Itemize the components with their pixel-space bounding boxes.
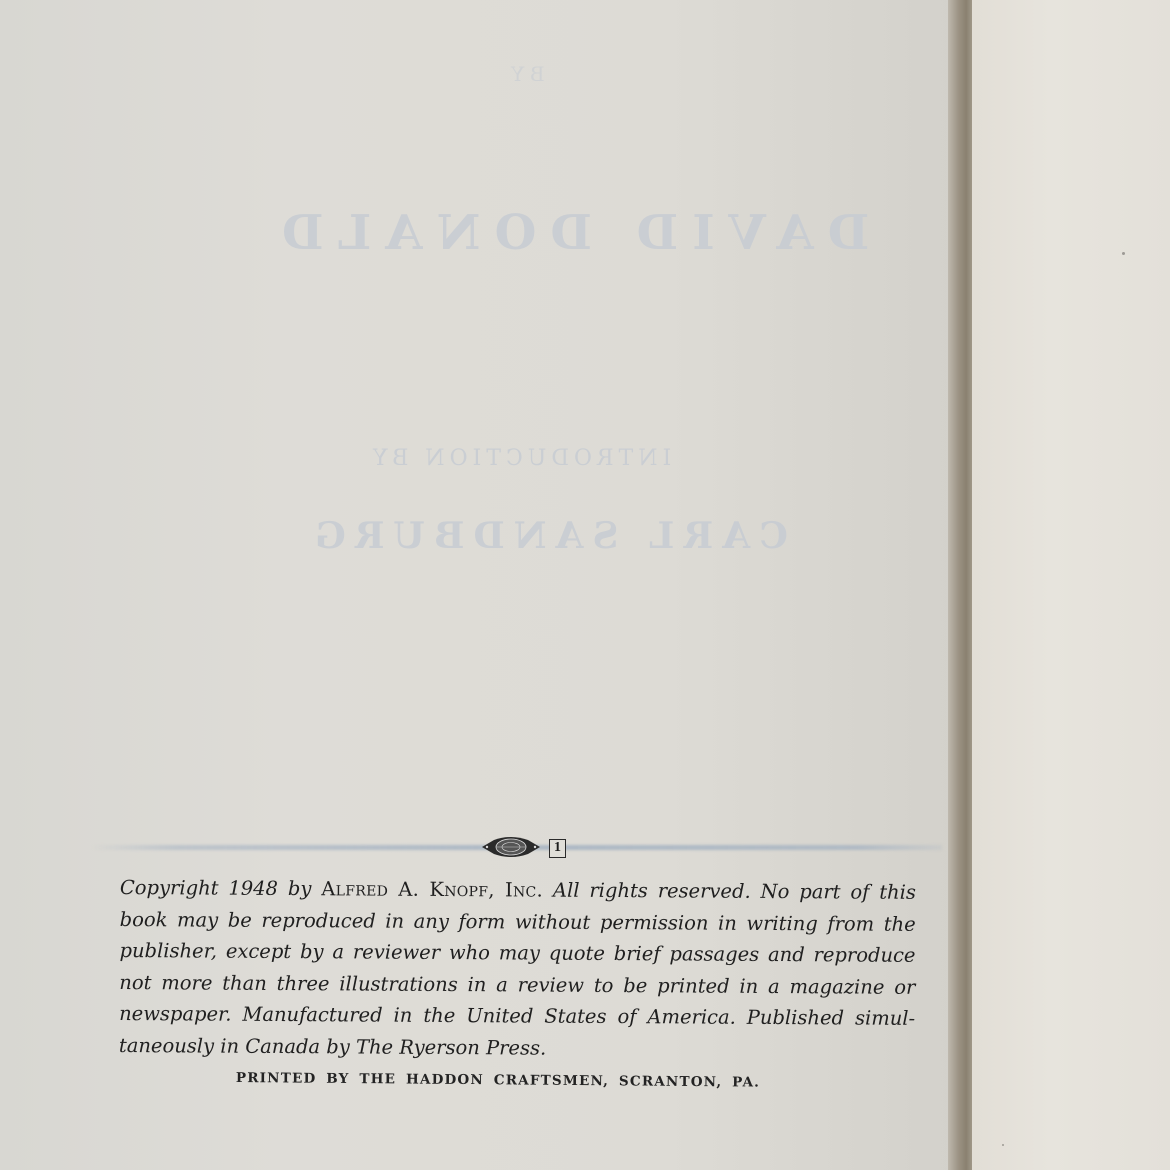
copyright-line: taneously in Canada by The Ryerson Press… xyxy=(119,1029,915,1065)
show-through-author: DAVID DONALD xyxy=(268,205,869,261)
copyright-line: newspaper. Manufactured in the United St… xyxy=(119,998,915,1034)
publisher-name: Alfred A. Knopf, Inc. xyxy=(321,877,543,901)
show-through-intro-author: CARL SANDBURG xyxy=(306,515,788,557)
paper-speck xyxy=(1002,1144,1004,1146)
show-through-by: BY xyxy=(505,62,545,86)
book-photo: BY DAVID DONALD INTRODUCTION BY CARL SAN… xyxy=(0,0,1170,1170)
show-through-intro-label: INTRODUCTION BY xyxy=(368,446,671,471)
copyright-notice: Copyright 1948 by Alfred A. Knopf, Inc. … xyxy=(119,872,920,1066)
page-edge-gutter xyxy=(948,0,974,1170)
adjacent-blank-page xyxy=(972,0,1170,1170)
page-number: 1 xyxy=(549,839,566,858)
copyright-line: book may be reproduced in any form witho… xyxy=(120,903,916,939)
printer-credit: PRINTED BY THE HADDON CRAFTSMEN, SCRANTO… xyxy=(236,1070,760,1091)
copyright-line: Copyright 1948 by Alfred A. Knopf, Inc. … xyxy=(120,872,916,908)
paper-speck xyxy=(1122,252,1125,255)
copyright-line: publisher, except by a reviewer who may … xyxy=(119,935,915,971)
union-label-icon xyxy=(480,836,542,858)
copyright-page: BY DAVID DONALD INTRODUCTION BY CARL SAN… xyxy=(0,0,955,1170)
copyright-line: not more than three illustrations in a r… xyxy=(119,966,915,1002)
